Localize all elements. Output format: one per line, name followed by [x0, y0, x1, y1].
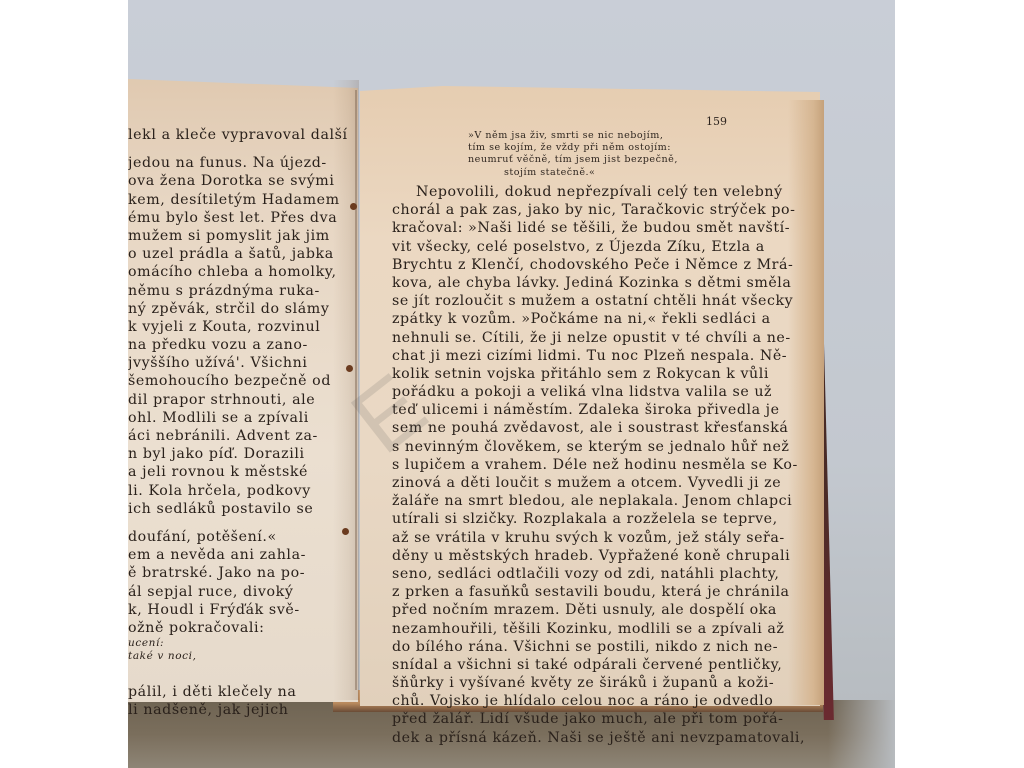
text-line: dil prapor strhnouti, ale: [128, 391, 343, 409]
text-line: doufání, potěšení.«: [128, 528, 343, 546]
text-line: chat ji mezi cizími lidmi. Tu noc Plzeň …: [392, 347, 792, 365]
text-line: ohl. Modlili se a zpívali: [128, 409, 343, 427]
text-line: němu s prázdnýma ruka-: [128, 282, 343, 300]
text-line: áci nebránili. Advent za-: [128, 427, 343, 445]
text-line: n byl jako píď. Dorazili: [128, 445, 343, 463]
text-line: kem, desítiletým Hadamem: [128, 191, 343, 209]
text-line: omácího chleba a homolky,: [128, 263, 343, 281]
text-line: nezamhouřili, těšili Kozinku, modlili se…: [392, 620, 792, 638]
text-line: Brychtu z Klenčí, chodovského Peče i Něm…: [392, 256, 792, 274]
binding-stitch: [346, 365, 353, 372]
text-line: pořádku a pokoji a veliká vlna lidstva v…: [392, 383, 792, 401]
text-line: vit všecky, celé poselstvo, z Újezda Zík…: [392, 238, 792, 256]
text-line: snídal a všichni si také odpárali červen…: [392, 656, 792, 674]
text-line: na předku vozu a zano-: [128, 336, 343, 354]
text-line: zpátky k vozům. »Počkáme na ni,« řekli s…: [392, 310, 792, 328]
verse-block: »V něm jsa živ, smrti se nic nebojím, tí…: [468, 130, 678, 179]
verse-line: stojím statečně.«: [468, 167, 678, 179]
text-line: nehnuli se. Cítili, že ji nelze opustit …: [392, 329, 792, 347]
text-line: Nepovolili, dokud nepřezpívali celý ten …: [392, 183, 792, 201]
text-line: k, Houdl i Frýďák svě-: [128, 601, 343, 619]
table-shadow: [828, 700, 895, 768]
verse-line: neumruť věčně, tím jsem jist bezpečně,: [468, 154, 678, 166]
text-line: ě bratrské. Jako na po-: [128, 564, 343, 582]
verse-line: tím se kojím, že vždy při něm ostojím:: [468, 142, 678, 154]
verse-line: ucení:: [128, 637, 343, 650]
text-line: seno, sedláci odtlačili vozy od zdi, nat…: [392, 565, 792, 583]
right-page-edge: [788, 100, 824, 705]
text-line: ný zpěvák, strčil do slámy: [128, 300, 343, 318]
text-line: ožně pokračovali:: [128, 619, 343, 637]
text-line: šňůrky i vyšívané květy ze širáků i župa…: [392, 674, 792, 692]
text-line: děny u městských hradeb. Vypřažené koně …: [392, 547, 792, 565]
text-line: se jít rozloučit s mužem a ostatní chtěl…: [392, 292, 792, 310]
text-line: chorál a pak zas, jako by nic, Taračkovi…: [392, 201, 792, 219]
text-line: zinová a děti loučit s mužem a otcem. Vy…: [392, 474, 792, 492]
text-line: do bílého rána. Všichni se postili, nikd…: [392, 638, 792, 656]
right-page-text: Nepovolili, dokud nepřezpívali celý ten …: [392, 183, 792, 747]
spine-fold: [355, 90, 357, 690]
text-line: ova žena Dorotka se svými: [128, 172, 343, 190]
text-line: kračoval: »Naši lidé se těšili, že budou…: [392, 219, 792, 237]
text-line: teď ulicemi i náměstím. Zdaleka široka p…: [392, 401, 792, 419]
left-page-text: lekl a kleče vypravoval další jedou na f…: [128, 126, 343, 719]
text-line: jedou na funus. Na újezd-: [128, 154, 343, 172]
book-photo: lekl a kleče vypravoval další jedou na f…: [128, 0, 895, 768]
text-line: kolik setnin vojska přitáhlo sem z Rokyc…: [392, 365, 792, 383]
text-line: před žalář. Lidí všude jako much, ale př…: [392, 710, 792, 728]
text-line: kova, ale chyba lávky. Jediná Kozinka s …: [392, 274, 792, 292]
text-line: em a nevěda ani zahla-: [128, 546, 343, 564]
text-line: až se vrátila v kruhu svých k vozům, jež…: [392, 529, 792, 547]
text-line: s nevinným člověkem, se kterým se jednal…: [392, 438, 792, 456]
text-line: ál sepjal ruce, divoký: [128, 583, 343, 601]
verse-line: »V něm jsa živ, smrti se nic nebojím,: [468, 130, 678, 142]
text-line: ich sedláků postavilo se: [128, 500, 343, 518]
text-line: lekl a kleče vypravoval další: [128, 126, 343, 144]
text-line: před nočním mrazem. Děti usnuly, ale dos…: [392, 601, 792, 619]
binding-stitch: [342, 528, 349, 535]
text-line: li. Kola hrčela, podkovy: [128, 482, 343, 500]
text-line: sem ne pouhá zvědavost, ale i soustrast …: [392, 419, 792, 437]
text-line: pálil, i děti klečely na: [128, 683, 343, 701]
text-line: utírali si slzičky. Rozplakala a rozžele…: [392, 510, 792, 528]
page-number: 159: [706, 115, 727, 128]
verse-line: také v noci,: [128, 650, 343, 663]
text-line: dek a přísná kázeň. Naši se ještě ani ne…: [392, 729, 792, 747]
binding-stitch: [350, 203, 357, 210]
text-line: šemohoucího bezpečně od: [128, 372, 343, 390]
text-line: k vyjeli z Kouta, rozvinul: [128, 318, 343, 336]
text-line: chů. Vojsko je hlídalo celou noc a ráno …: [392, 692, 792, 710]
text-line: jvyššího užívá'. Všichni: [128, 354, 343, 372]
text-line: li nadšeně, jak jejich: [128, 701, 343, 719]
text-line: ému bylo šest let. Přes dva: [128, 209, 343, 227]
text-line: a jeli rovnou k městské: [128, 463, 343, 481]
text-line: z prken a fasuňků sestavili boudu, která…: [392, 583, 792, 601]
text-line: s lupičem a vrahem. Déle než hodinu nesm…: [392, 456, 792, 474]
text-line: o uzel prádla a šatů, jabka: [128, 245, 343, 263]
text-line: mužem si pomyslit jak jim: [128, 227, 343, 245]
text-line: žaláře na smrt bledou, ale neplakala. Je…: [392, 492, 792, 510]
